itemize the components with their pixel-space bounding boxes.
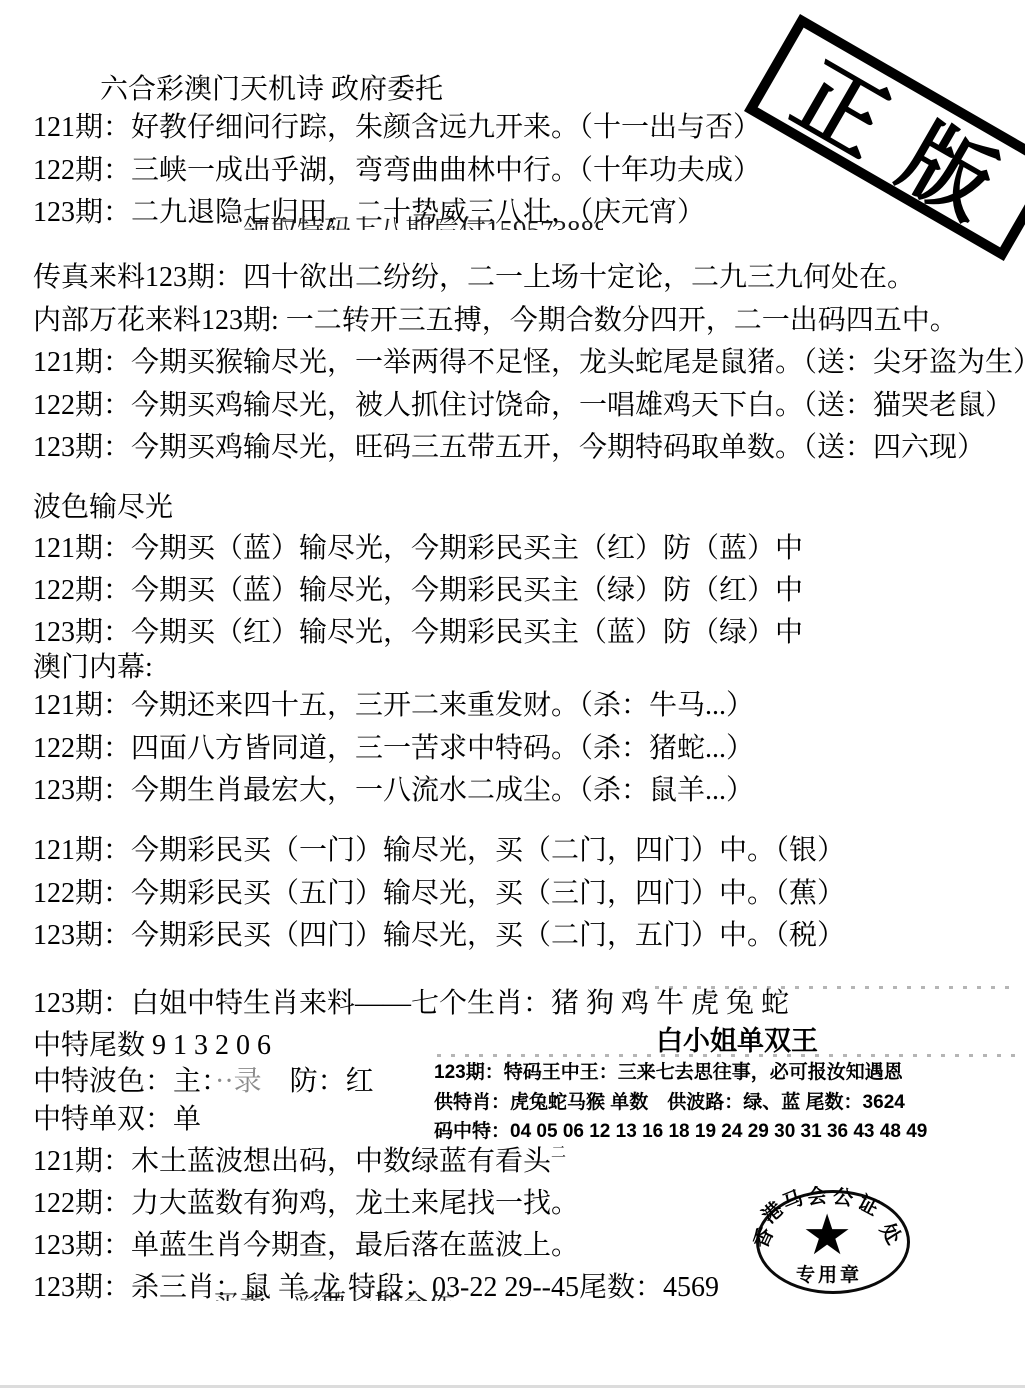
genuine-edition-stamp: 正版: [744, 14, 1025, 261]
poem-line-122: 122期：三峡一成出乎湖，弯弯曲曲林中行。（十年功夫成）: [33, 155, 761, 187]
bose-line-121: 121期：今期买（蓝）输尽光，今期彩民买主（红）防（蓝）中: [33, 533, 803, 565]
bose-line-122: 122期：今期买（蓝）输尽光，今期彩民买主（绿）防（红）中: [33, 575, 803, 607]
seal-star-icon: ★: [802, 1208, 852, 1264]
bose-heading: 波色输尽光: [33, 492, 173, 524]
aomen-heading: 澳门内幕:: [33, 652, 153, 684]
seal-bottom-text: 专用章: [796, 1260, 862, 1287]
aomen-line-121: 121期：今期还来四十五，三开二来重发财。（杀：牛马...）: [33, 690, 754, 722]
bottom-line-122: 122期：力大蓝数有狗鸡，龙土来尾找一找。: [33, 1188, 579, 1220]
doors-line-122: 122期：今期彩民买（五门）输尽光，买（三门，四门）中。（蕉）: [33, 878, 845, 910]
bottom-line-121: 121期：木土蓝波想出码，中数绿蓝有看头二: [33, 1145, 567, 1178]
baijie-right-line-3: 码中特：04 05 06 12 13 16 18 19 24 29 30 31 …: [434, 1121, 927, 1144]
doors-line-121: 121期：今期彩民买（一门）输尽光，买（二门，四门）中。（银）: [33, 835, 845, 867]
baijie-right-line-2: 供特肖：虎兔蛇马猴 单数 供波路：绿、蓝 尾数：3624: [434, 1092, 905, 1115]
erased-remnant-mark: 二: [551, 1145, 567, 1161]
obscured-line-bottom: 买卖、彩票长期合作…………: [212, 1290, 682, 1301]
obscured-line-top: 领取特码上八期后付15957388888: [243, 215, 603, 230]
fax-line-123: 123期：今期买鸡输尽光，旺码三五带五开，今期特码取单数。（送：四六现）: [33, 432, 985, 464]
fax-line-121: 121期：今期买猴输尽光，一举两得不足怪，龙头蛇尾是鼠猪。（送：尖牙盗为生）: [33, 347, 1025, 379]
baijie-tail-numbers: 中特尾数 9 1 3 2 0 6: [33, 1030, 271, 1062]
baijie-right-line-1: 123期：特码王中王：三来七去思往事，必可报汝知遇恩: [434, 1062, 903, 1085]
fax-line-neibu: 内部万花来料123期: 一二转开三五搏，今期合数分四开，二一出码四五中。: [33, 305, 958, 337]
bose-line-123: 123期：今期买（红）输尽光，今期彩民买主（蓝）防（绿）中: [33, 617, 803, 649]
page-title: 六合彩澳门天机诗 政府委托: [100, 74, 443, 106]
bottom-line-123: 123期：单蓝生肖今期查，最后落在蓝波上。: [33, 1230, 579, 1262]
baijie-bose-faded: ··录: [215, 1066, 262, 1097]
baijie-bose-prefix: 中特波色：主：: [33, 1066, 215, 1097]
poem-line-121: 121期：好教仔细问行踪，朱颜含远九开来。（十一出与否）: [33, 112, 761, 144]
baijie-intro: 123期：白姐中特生肖来料——七个生肖：猪 狗 鸡 牛 虎 兔 蛇: [33, 988, 789, 1020]
genuine-edition-stamp-text: 正版: [752, 14, 1025, 260]
aomen-line-123: 123期：今期生肖最宏大，一八流水二成尘。（杀：鼠羊...）: [33, 775, 754, 807]
fax-line-intro: 传真来料123期：四十欲出二纷纷，二一上场十定论，二九三九何处在。: [33, 262, 915, 294]
doors-line-123: 123期：今期彩民买（四门）输尽光，买（二门，五门）中。（税）: [33, 920, 845, 952]
baijie-bose-suffix: 防：红: [290, 1066, 374, 1097]
baijie-right-title: 白小姐单双王: [656, 1026, 818, 1057]
aomen-line-122: 122期：四面八方皆同道，三一苦求中特码。（杀：猪蛇...）: [33, 733, 754, 765]
scan-artifact-dots: [437, 1054, 1022, 1057]
baijie-danshuang: 中特单双：单: [33, 1104, 201, 1136]
baijie-bose-line: 中特波色：主：··录防：红: [33, 1066, 374, 1098]
lottery-tip-sheet: 正版 六合彩澳门天机诗 政府委托 121期：好教仔细问行踪，朱颜含远九开来。（十…: [0, 0, 1025, 1388]
fax-line-122: 122期：今期买鸡输尽光，被人抓住讨饶命，一唱雄鸡天下白。（送：猫哭老鼠）: [33, 390, 1013, 422]
